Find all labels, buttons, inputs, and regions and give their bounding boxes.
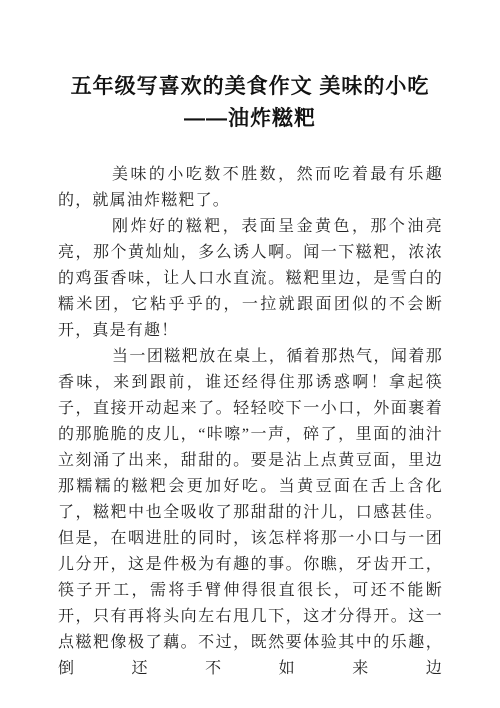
essay-paragraph-3: 当一团糍粑放在桌上，循着那热气，闻着那香味，来到跟前，谁还经得住那诱惑啊！拿起筷… [58, 344, 443, 682]
essay-paragraph-1: 美味的小吃数不胜数，然而吃着最有乐趣的，就属油炸糍粑了。 [58, 162, 443, 214]
essay-title: 五年级写喜欢的美食作文 美味的小吃 ——油炸糍粑 [0, 71, 500, 135]
essay-body: 美味的小吃数不胜数，然而吃着最有乐趣的，就属油炸糍粑了。 刚炸好的糍粑，表面呈金… [58, 162, 443, 682]
essay-title-line2: ——油炸糍粑 [0, 103, 500, 135]
essay-paragraph-2: 刚炸好的糍粑，表面呈金黄色，那个油亮亮，那个黄灿灿，多么诱人啊。闻一下糍粑，浓浓… [58, 214, 443, 344]
document-page: 五年级写喜欢的美食作文 美味的小吃 ——油炸糍粑 美味的小吃数不胜数，然而吃着最… [0, 0, 500, 708]
essay-title-line1: 五年级写喜欢的美食作文 美味的小吃 [0, 71, 500, 103]
